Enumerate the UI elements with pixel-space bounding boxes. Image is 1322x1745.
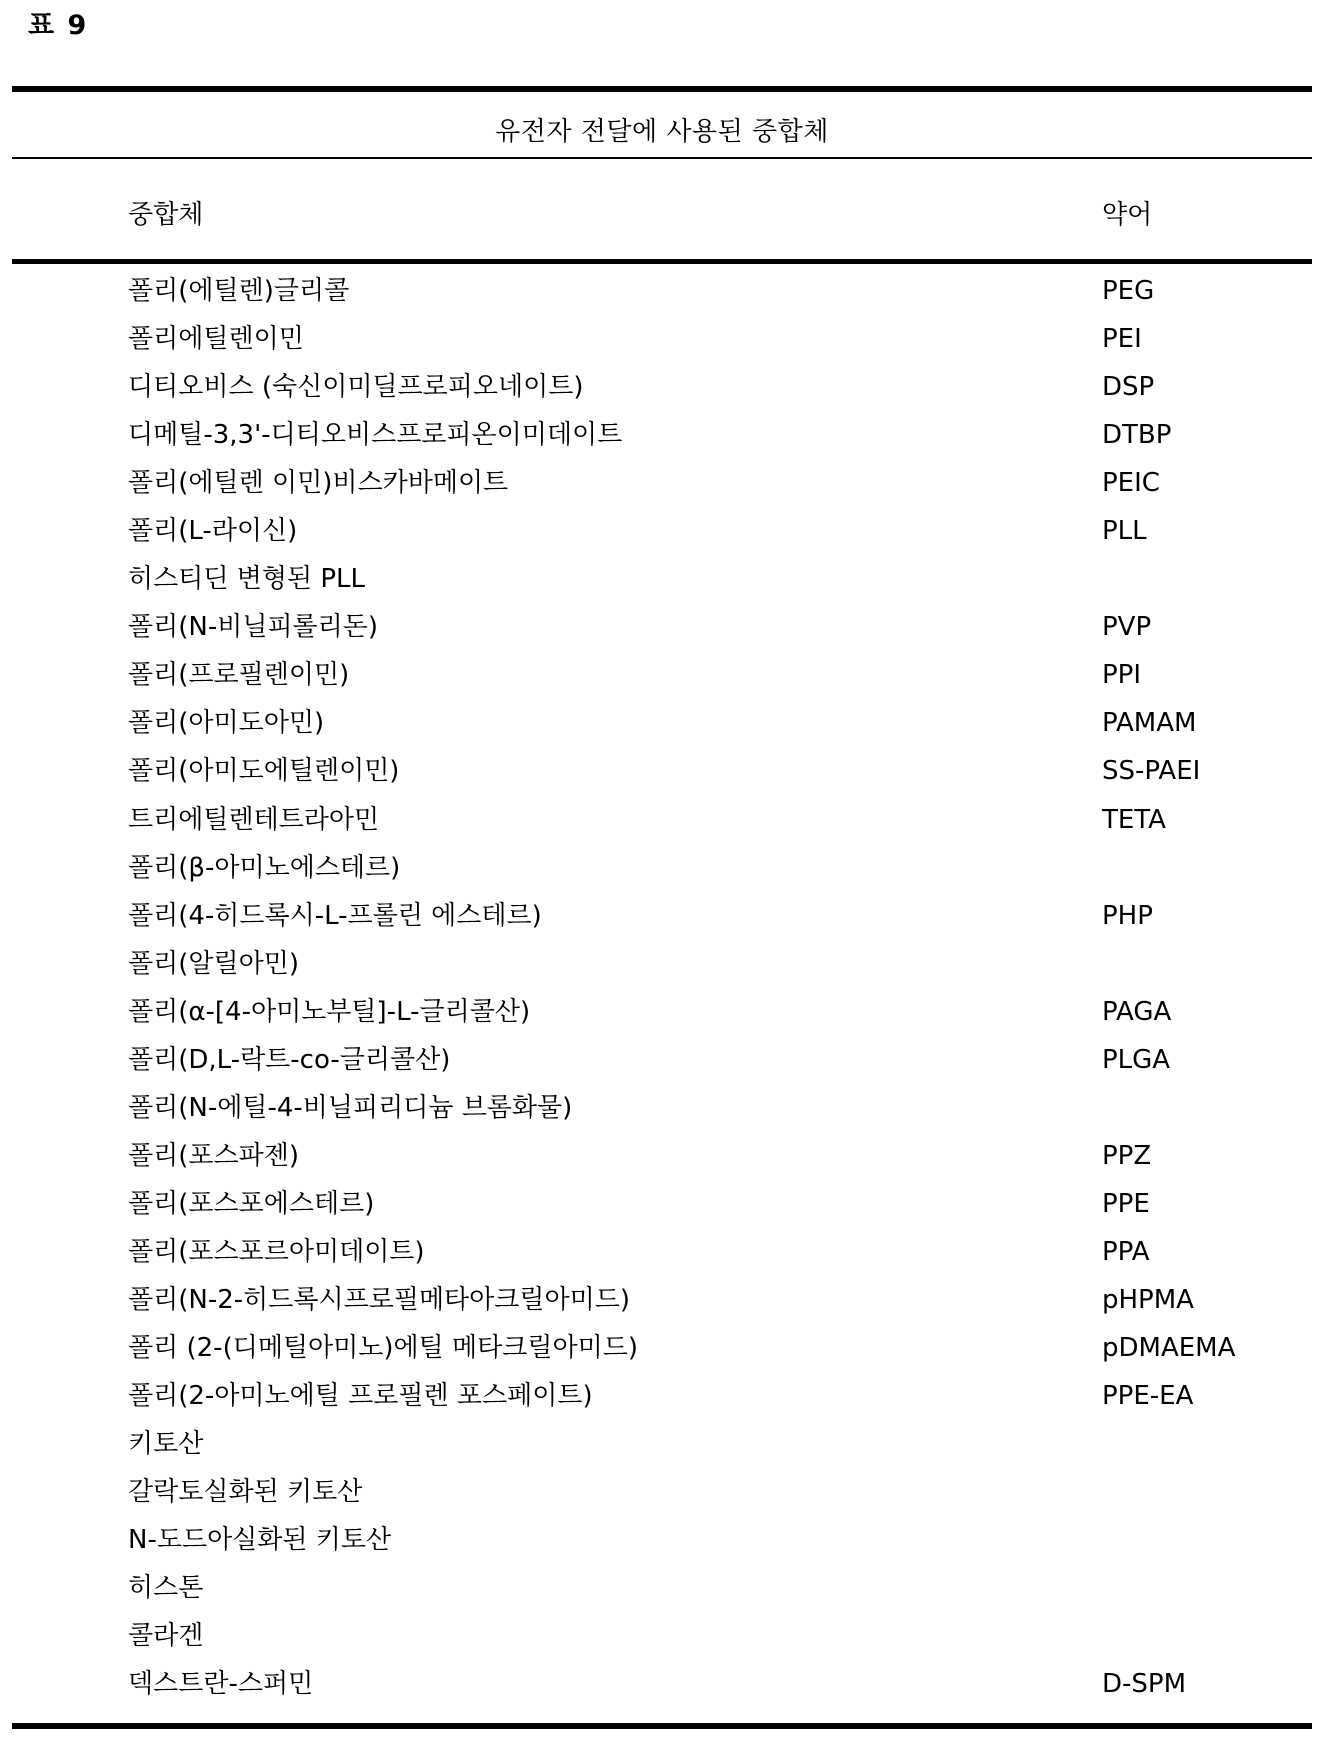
table-row: 폴리(D,L-락트-co-글리콜산)PLGA [0,1041,1322,1089]
polymer-name: N-도드아실화된 키토산 [128,1521,391,1559]
polymer-name: 디티오비스 (숙신이미딜프로피오네이트) [128,368,584,406]
table-row: 키토산 [0,1425,1322,1473]
table-row: 폴리(L-라이신)PLL [0,512,1322,560]
polymer-name: 디메틸-3,3'-디티오비스프로피온이미데이트 [128,416,622,454]
table-row: 덱스트란-스퍼민D-SPM [0,1665,1322,1713]
caption-rule [12,157,1312,159]
table-row: 폴리(포스포에스테르)PPE [0,1185,1322,1233]
polymer-abbreviation: PPA [1102,1233,1149,1271]
polymer-abbreviation: PPE [1102,1185,1150,1223]
table-row: 폴리(에틸렌)글리콜PEG [0,272,1322,320]
polymer-abbreviation: PEI [1102,320,1142,358]
polymer-name: 폴리(L-라이신) [128,512,297,550]
table-row: 폴리(β-아미노에스테르) [0,849,1322,897]
polymer-name: 폴리(알릴아민) [128,945,299,983]
table-row: 폴리(포스파젠)PPZ [0,1137,1322,1185]
polymer-name: 폴리(포스포르아미데이트) [128,1233,425,1271]
polymer-name: 트리에틸렌테트라아민 [128,801,379,839]
table-row: 디티오비스 (숙신이미딜프로피오네이트)DSP [0,368,1322,416]
polymer-name: 갈락토실화된 키토산 [128,1473,362,1511]
table-row: 갈락토실화된 키토산 [0,1473,1322,1521]
polymer-abbreviation: PPE-EA [1102,1377,1193,1415]
bottom-rule [12,1723,1312,1729]
table-row: N-도드아실화된 키토산 [0,1521,1322,1569]
polymer-abbreviation: SS-PAEI [1102,752,1200,790]
table-row: 히스티딘 변형된 PLL [0,560,1322,608]
polymer-abbreviation: PVP [1102,608,1151,646]
table-row: 폴리(N-에틸-4-비닐피리디늄 브롬화물) [0,1089,1322,1137]
top-rule [12,86,1312,92]
table-row: 폴리(프로필렌이민)PPI [0,656,1322,704]
polymer-name: 폴리(4-히드록시-L-프롤린 에스테르) [128,897,542,935]
polymer-abbreviation: pDMAEMA [1102,1329,1235,1367]
polymer-abbreviation: DTBP [1102,416,1171,454]
polymer-name: 폴리 (2-(디메틸아미노)에틸 메타크릴아미드) [128,1329,638,1367]
polymer-name: 폴리(에틸렌 이민)비스카바메이트 [128,464,508,502]
polymer-name: 폴리(포스포에스테르) [128,1185,374,1223]
polymer-name: 폴리(β-아미노에스테르) [128,849,400,887]
table-row: 히스톤 [0,1569,1322,1617]
header-rule [12,259,1312,264]
table-body: 폴리(에틸렌)글리콜PEG 폴리에틸렌이민PEI 디티오비스 (숙신이미딜프로피… [0,272,1322,1713]
column-header-polymer: 중합체 [128,197,203,233]
table-row: 폴리(알릴아민) [0,945,1322,993]
table-row: 폴리(N-비닐피롤리돈)PVP [0,608,1322,656]
polymer-abbreviation: D-SPM [1102,1665,1186,1703]
table-row: 폴리(α-[4-아미노부틸]-L-글리콜산)PAGA [0,993,1322,1041]
polymer-name: 폴리에틸렌이민 [128,320,304,358]
polymer-abbreviation: PEIC [1102,464,1160,502]
polymer-abbreviation: PPI [1102,656,1141,694]
polymer-abbreviation: PEG [1102,272,1154,310]
polymer-name: 폴리(프로필렌이민) [128,656,349,694]
polymer-name: 키토산 [128,1425,203,1463]
table-row: 콜라겐 [0,1617,1322,1665]
polymer-name: 콜라겐 [128,1617,203,1655]
table-row: 폴리 (2-(디메틸아미노)에틸 메타크릴아미드)pDMAEMA [0,1329,1322,1377]
table-row: 폴리(포스포르아미데이트)PPA [0,1233,1322,1281]
table-row: 폴리(4-히드록시-L-프롤린 에스테르)PHP [0,897,1322,945]
polymer-name: 폴리(N-에틸-4-비닐피리디늄 브롬화물) [128,1089,572,1127]
table-row: 폴리(아미도에틸렌이민)SS-PAEI [0,752,1322,800]
polymer-name: 폴리(N-비닐피롤리돈) [128,608,378,646]
polymer-name: 덱스트란-스퍼민 [128,1665,313,1703]
table-label: 표 9 [28,8,88,44]
polymer-abbreviation: PLGA [1102,1041,1170,1079]
table-row: 폴리에틸렌이민PEI [0,320,1322,368]
table-row: 디메틸-3,3'-디티오비스프로피온이미데이트DTBP [0,416,1322,464]
table-caption: 유전자 전달에 사용된 중합체 [12,114,1312,150]
table-row: 폴리(N-2-히드록시프로필메타아크릴아미드)pHPMA [0,1281,1322,1329]
polymer-name: 히스톤 [128,1569,203,1607]
polymer-name: 폴리(포스파젠) [128,1137,299,1175]
polymer-abbreviation: pHPMA [1102,1281,1194,1319]
table-row: 폴리(2-아미노에틸 프로필렌 포스페이트)PPE-EA [0,1377,1322,1425]
polymer-abbreviation: PHP [1102,897,1153,935]
polymer-name: 폴리(아미도아민) [128,704,324,742]
polymer-name: 폴리(N-2-히드록시프로필메타아크릴아미드) [128,1281,630,1319]
polymer-abbreviation: PAGA [1102,993,1171,1031]
polymer-abbreviation: PPZ [1102,1137,1151,1175]
polymer-abbreviation: PAMAM [1102,704,1196,742]
polymer-name: 폴리(2-아미노에틸 프로필렌 포스페이트) [128,1377,593,1415]
polymer-abbreviation: PLL [1102,512,1147,550]
polymer-name: 히스티딘 변형된 PLL [128,560,365,598]
table-row: 폴리(에틸렌 이민)비스카바메이트PEIC [0,464,1322,512]
table-row: 폴리(아미도아민)PAMAM [0,704,1322,752]
polymer-name: 폴리(D,L-락트-co-글리콜산) [128,1041,450,1079]
polymer-name: 폴리(아미도에틸렌이민) [128,752,399,790]
polymer-abbreviation: TETA [1102,801,1166,839]
polymer-name: 폴리(α-[4-아미노부틸]-L-글리콜산) [128,993,530,1031]
polymer-name: 폴리(에틸렌)글리콜 [128,272,349,310]
polymer-abbreviation: DSP [1102,368,1154,406]
column-header-abbreviation: 약어 [1102,197,1152,233]
table-row: 트리에틸렌테트라아민TETA [0,801,1322,849]
